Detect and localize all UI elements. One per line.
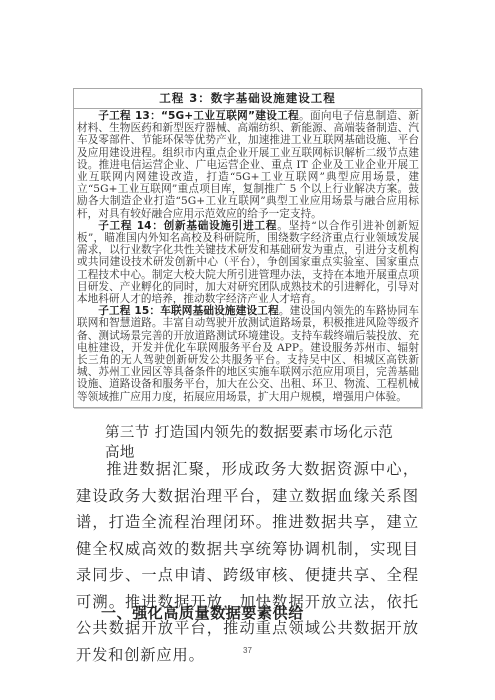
subproject-13: 子工程 13：“5G+工业互联网”建设工程。面向电子信息制造、新材料、生物医药和… <box>77 110 419 220</box>
subproject-14: 子工程 14：创新基础设施引进工程。坚持“以合作引进补创新短板”，瞄准国内外知名… <box>77 220 419 305</box>
subproject-15-label: 子工程 15：车联网基础设施建设工程 <box>98 305 279 317</box>
subproject-13-text: 。面向电子信息制造、新材料、生物医药和新型医疗器械、高端纺织、新能源、高端装备制… <box>77 110 419 220</box>
subproject-14-text: 。坚持“以合作引进补创新短板”，瞄准国内外知名高校及科研院所，围绕数字经济重点行… <box>77 220 419 305</box>
project-box: 工程 3：数字基础设施建设工程 子工程 13：“5G+工业互联网”建设工程。面向… <box>73 88 422 408</box>
section-body-paragraph: 推进数据汇聚，形成政务大数据资源中心，建设政务大数据治理平台，建立数据血缘关系图… <box>76 456 419 668</box>
subproject-14-label: 子工程 14：创新基础设施引进工程 <box>98 220 277 232</box>
box-body: 子工程 13：“5G+工业互联网”建设工程。面向电子信息制造、新材料、生物医药和… <box>74 109 421 403</box>
subproject-13-label: 子工程 13：“5G+工业互联网”建设工程 <box>98 110 299 122</box>
subproject-15-text: 。建设国内领先的车路协同车联网和智慧道路。丰富自动驾驶开放测试道路场景，积极推进… <box>77 305 419 402</box>
subheading: 一、强化高质量数据要素供给 <box>101 602 401 624</box>
box-title: 工程 3：数字基础设施建设工程 <box>74 89 421 109</box>
subproject-15: 子工程 15：车联网基础设施建设工程。建设国内领先的车路协同车联网和智慧道路。丰… <box>77 305 419 403</box>
page-number: 37 <box>0 646 495 655</box>
